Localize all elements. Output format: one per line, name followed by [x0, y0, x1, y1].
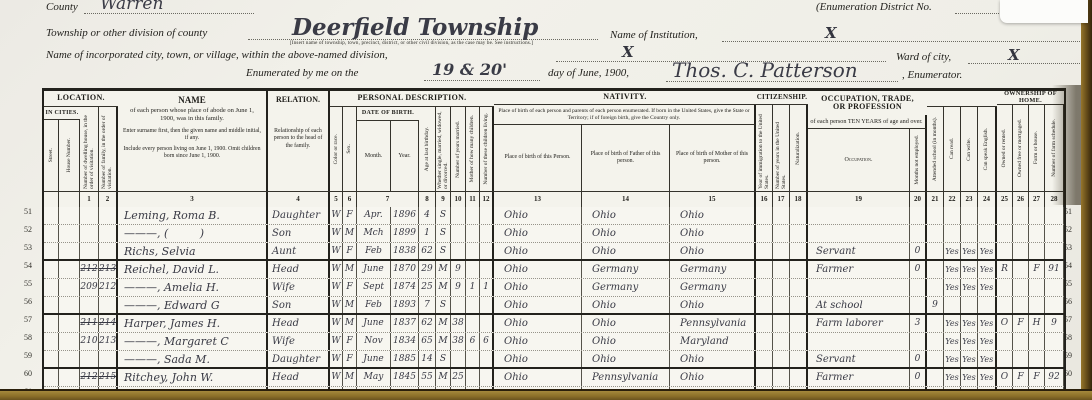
township-note: [Insert name of township, town, precinct…	[290, 41, 533, 46]
nativity-group: NATIVITY. Place of birth of each person …	[494, 91, 756, 191]
cell-months-not-employed: 3	[910, 315, 927, 332]
row-line-number: 51	[6, 203, 32, 221]
cell-age: 62	[419, 243, 436, 259]
cell-owned-or-rented: O	[997, 315, 1013, 332]
enumerator-suffix: , Enumerator.	[902, 69, 962, 81]
cell-birthplace-father: Ohio	[582, 243, 670, 259]
cell-free-or-mortgaged	[1013, 261, 1029, 278]
cell-years-married: 38	[451, 333, 466, 350]
cell-family-number	[99, 225, 118, 242]
cell-can-write: Yes	[961, 279, 978, 296]
cell-can-read: Yes	[944, 261, 961, 278]
cell-immigration-year	[756, 279, 773, 296]
cell-marital-status: S	[436, 351, 451, 367]
nativity-title: NATIVITY.	[494, 91, 756, 105]
cell-attended-school	[927, 369, 944, 386]
census-table: LOCATION. IN CITIES. Street. House Numbe…	[42, 88, 1066, 395]
cell-color: W	[330, 333, 343, 350]
col-header-birthplace-father: Place of birth of Father of this person.	[582, 149, 669, 167]
district-label: (Enumeration District No.	[816, 1, 932, 13]
dates-line	[424, 79, 540, 81]
cell-name: Reichel, David L.	[118, 261, 268, 278]
page-edge-shadow	[1052, 85, 1082, 205]
cell-farm-schedule: 92	[1045, 369, 1064, 386]
date-of-birth-title: DATE OF BIRTH.	[357, 107, 419, 121]
cell-house-number	[59, 369, 80, 386]
cell-immigration-year	[756, 369, 773, 386]
city-label: Name of incorporated city, town, or vill…	[46, 49, 388, 61]
cell-birth-year: 1845	[391, 369, 419, 386]
cell-age: 29	[419, 261, 436, 278]
cell-months-not-employed	[910, 297, 927, 313]
cell-farm-or-house	[1029, 243, 1045, 259]
cell-years-married	[451, 297, 466, 313]
column-number: 12	[480, 192, 494, 207]
cell-birthplace-person: Ohio	[494, 297, 582, 313]
cell-can-speak-english: Yes	[978, 351, 997, 367]
cell-family-number: 215	[99, 369, 118, 386]
col-header-family-number: Number of family, in the order of visita…	[101, 107, 113, 191]
cell-birthplace-mother: Ohio	[670, 207, 756, 224]
col-header-color: Color or race.	[333, 132, 339, 166]
name-desc-3: Include every person living on June 1, 1…	[118, 144, 266, 162]
cell-years-in-us	[773, 297, 790, 313]
cell-street	[44, 351, 59, 367]
table-row: ———, Edward G Son W M Feb 1893 7 S Ohio …	[44, 297, 1064, 315]
cell-children-living	[480, 261, 494, 278]
col-header-year: Year.	[391, 121, 419, 191]
cell-dwelling-number	[80, 297, 99, 313]
cell-attended-school	[927, 351, 944, 367]
cell-naturalization	[790, 225, 808, 242]
cell-birthplace-person: Ohio	[494, 225, 582, 242]
cell-dwelling-number: 210	[80, 333, 99, 350]
cell-name: ———, ( )	[118, 225, 268, 242]
col-header-street: Street.	[48, 146, 54, 164]
cell-marital-status: S	[436, 225, 451, 242]
cell-sex: F	[343, 279, 357, 296]
cell-occupation	[808, 225, 910, 242]
table-body: Leming, Roma B. Daughter W F Apr. 1896 4…	[44, 207, 1064, 395]
cell-street	[44, 261, 59, 278]
cell-street	[44, 207, 59, 224]
cell-dwelling-number: 209	[80, 279, 99, 296]
cell-can-read: Yes	[944, 369, 961, 386]
cell-occupation	[808, 207, 910, 224]
county-value: Warren	[100, 0, 163, 14]
cell-birthplace-person: Ohio	[494, 243, 582, 259]
cell-years-in-us	[773, 225, 790, 242]
relation-desc: Relationship of each person to the head …	[268, 126, 328, 152]
cell-years-in-us	[773, 243, 790, 259]
cell-immigration-year	[756, 351, 773, 367]
col-header-farm-or-house: Farm or house.	[1033, 129, 1039, 166]
cell-dwelling-number	[80, 243, 99, 259]
ward-label: Ward of city,	[896, 51, 951, 63]
row-line-number: 58	[6, 329, 32, 347]
row-line-number: 59	[1064, 347, 1082, 365]
col-header-sex: Sex.	[346, 142, 352, 156]
cell-color: W	[330, 297, 343, 313]
column-number: 3	[118, 192, 268, 207]
cell-dwelling-number	[80, 225, 99, 242]
row-line-number: 60	[6, 365, 32, 383]
cell-immigration-year	[756, 333, 773, 350]
cell-years-married	[451, 225, 466, 242]
cell-farm-or-house	[1029, 351, 1045, 367]
cell-owned-or-rented	[997, 297, 1013, 313]
cell-sex: F	[343, 351, 357, 367]
cell-name: Leming, Roma B.	[118, 207, 268, 224]
cell-dwelling-number: 211	[80, 315, 99, 332]
table-row: ———, Sada M. Daughter W F June 1885 14 S…	[44, 351, 1064, 369]
cell-family-number: 213	[99, 261, 118, 278]
column-number: 13	[494, 192, 582, 207]
cell-birthplace-father: Ohio	[582, 225, 670, 242]
cell-family-number	[99, 351, 118, 367]
cell-sex: F	[343, 333, 357, 350]
cell-naturalization	[790, 243, 808, 259]
township-value: Deerfield Township	[292, 14, 538, 41]
col-header-house-number: House Number.	[66, 136, 72, 175]
col-header-dwelling-number: Number of dwelling house, in the order o…	[83, 107, 95, 191]
cell-street	[44, 315, 59, 332]
cell-naturalization	[790, 279, 808, 296]
column-number: 7	[357, 192, 419, 207]
column-number: 1	[80, 192, 99, 207]
row-line-number: 55	[6, 275, 32, 293]
cell-birthplace-father: Ohio	[582, 333, 670, 350]
cell-marital-status: M	[436, 261, 451, 278]
column-number: 11	[466, 192, 480, 207]
cell-can-read	[944, 225, 961, 242]
cell-occupation	[808, 333, 910, 350]
cell-attended-school	[927, 261, 944, 278]
cell-can-speak-english	[978, 207, 997, 224]
column-number: 9	[436, 192, 451, 207]
cell-farm-or-house: F	[1029, 261, 1045, 278]
cell-years-in-us	[773, 261, 790, 278]
cell-color: W	[330, 315, 343, 332]
cell-birthplace-person: Ohio	[494, 261, 582, 278]
cell-relation: Aunt	[268, 243, 330, 259]
cell-dwelling-number: 212	[80, 261, 99, 278]
cell-months-not-employed: 0	[910, 243, 927, 259]
cell-mother-of-children	[466, 369, 480, 386]
cell-children-living	[480, 243, 494, 259]
cell-name: ———, Sada M.	[118, 351, 268, 367]
cell-farm-schedule	[1045, 333, 1064, 350]
cell-sex: M	[343, 369, 357, 386]
occupation-group: OCCUPATION, TRADE, OR PROFESSION of each…	[808, 91, 927, 191]
cell-owned-or-rented	[997, 225, 1013, 242]
cell-street	[44, 279, 59, 296]
cell-age: 7	[419, 297, 436, 313]
cell-birth-month: Apr.	[357, 207, 391, 224]
education-title	[927, 91, 997, 107]
column-number: 15	[670, 192, 756, 207]
enumerator-name: Thos. C. Patterson	[672, 58, 858, 82]
cell-sex: F	[343, 243, 357, 259]
col-header-free-or-mortgaged: Owned free or mortgaged.	[1017, 117, 1023, 179]
cell-farm-schedule	[1045, 297, 1064, 313]
cell-color: W	[330, 279, 343, 296]
column-number: 20	[910, 192, 927, 207]
cell-name: Richs, Selvia	[118, 243, 268, 259]
col-header-attended-school: Attended school (in months).	[932, 115, 938, 183]
col-header-owned-or-rented: Owned or rented.	[1001, 127, 1007, 169]
cell-sex: M	[343, 261, 357, 278]
row-line-number: 54	[6, 257, 32, 275]
cell-birth-year: 1834	[391, 333, 419, 350]
cell-naturalization	[790, 297, 808, 313]
row-line-number: 59	[6, 347, 32, 365]
cell-naturalization	[790, 333, 808, 350]
cell-house-number	[59, 351, 80, 367]
cell-birthplace-mother: Ohio	[670, 225, 756, 242]
cell-farm-schedule	[1045, 225, 1064, 242]
cell-can-write: Yes	[961, 243, 978, 259]
row-line-number: 52	[1064, 221, 1082, 239]
cell-birth-year: 1838	[391, 243, 419, 259]
cell-marital-status: S	[436, 243, 451, 259]
cell-dwelling-number	[80, 207, 99, 224]
cell-free-or-mortgaged	[1013, 297, 1029, 313]
cell-marital-status: M	[436, 333, 451, 350]
name-desc-1: of each person whose place of abode on J…	[118, 105, 266, 125]
row-line-number: 60	[1064, 365, 1082, 383]
cell-age: 4	[419, 207, 436, 224]
cell-relation: Son	[268, 225, 330, 242]
cell-occupation: Farmer	[808, 261, 910, 278]
institution-line	[722, 40, 1082, 42]
cell-birth-year: 1874	[391, 279, 419, 296]
ward-line	[968, 62, 1084, 64]
cell-sex: M	[343, 315, 357, 332]
enumerated-prefix: Enumerated by me on the	[246, 67, 358, 79]
col-header-marital: Whether single, married, widowed, or div…	[437, 107, 449, 191]
cell-street	[44, 243, 59, 259]
row-line-number: 57	[6, 311, 32, 329]
cell-years-married: 9	[451, 261, 466, 278]
col-header-naturalization: Naturalization.	[795, 130, 801, 167]
cell-birthplace-person: Ohio	[494, 279, 582, 296]
cell-can-speak-english: Yes	[978, 243, 997, 259]
cell-occupation: At school	[808, 297, 910, 313]
cell-months-not-employed	[910, 279, 927, 296]
cell-birthplace-father: Ohio	[582, 297, 670, 313]
cell-marital-status: M	[436, 369, 451, 386]
cell-can-speak-english: Yes	[978, 369, 997, 386]
cell-attended-school	[927, 315, 944, 332]
cell-farm-schedule	[1045, 279, 1064, 296]
cell-owned-or-rented	[997, 243, 1013, 259]
cell-sex: F	[343, 207, 357, 224]
cell-birthplace-father: Germany	[582, 261, 670, 278]
cell-sex: M	[343, 297, 357, 313]
institution-label: Name of Institution,	[610, 29, 698, 41]
column-number: 25	[997, 192, 1013, 207]
enumerated-middle: day of June, 1900,	[548, 67, 629, 79]
cell-naturalization	[790, 261, 808, 278]
cell-relation: Head	[268, 315, 330, 332]
cell-street	[44, 297, 59, 313]
table-row: 210 213 ———, Margaret C Wife W F Nov 183…	[44, 333, 1064, 351]
cell-months-not-employed	[910, 207, 927, 224]
cell-birthplace-father: Ohio	[582, 207, 670, 224]
table-row: 212 215 Ritchey, John W. Head W M May 18…	[44, 369, 1064, 387]
cell-can-read: Yes	[944, 243, 961, 259]
col-header-months-not-employed: Months not employed.	[914, 133, 920, 187]
cell-birth-year: 1899	[391, 225, 419, 242]
cell-can-read: Yes	[944, 315, 961, 332]
cell-birthplace-mother: Ohio	[670, 243, 756, 259]
col-header-month: Month.	[357, 121, 391, 191]
cell-name: Ritchey, John W.	[118, 369, 268, 386]
cell-marital-status: S	[436, 297, 451, 313]
cell-birthplace-mother: Pennsylvania	[670, 315, 756, 332]
row-line-number: 53	[6, 239, 32, 257]
cell-birth-month: June	[357, 351, 391, 367]
census-sheet: County Warren (Enumeration District No. …	[0, 0, 1092, 400]
cell-name: Harper, James H.	[118, 315, 268, 332]
cell-mother-of-children	[466, 351, 480, 367]
cell-can-read: Yes	[944, 279, 961, 296]
cell-street	[44, 369, 59, 386]
cell-children-living	[480, 207, 494, 224]
col-header-can-speak-english: Can speak English.	[983, 126, 989, 172]
column-number: 16	[756, 192, 773, 207]
cell-name: ———, Edward G	[118, 297, 268, 313]
cell-birth-year: 1893	[391, 297, 419, 313]
cell-owned-or-rented	[997, 333, 1013, 350]
cell-years-married: 38	[451, 315, 466, 332]
cell-mother-of-children: 6	[466, 333, 480, 350]
row-line-number: 51	[1064, 203, 1082, 221]
cell-age: 1	[419, 225, 436, 242]
cell-can-read: Yes	[944, 351, 961, 367]
cell-months-not-employed	[910, 225, 927, 242]
cell-years-in-us	[773, 279, 790, 296]
row-line-number: 52	[6, 221, 32, 239]
cell-birthplace-mother: Ohio	[670, 351, 756, 367]
cell-occupation: Servant	[808, 351, 910, 367]
cell-can-write: Yes	[961, 369, 978, 386]
cell-farm-schedule: 91	[1045, 261, 1064, 278]
cell-birth-month: June	[357, 315, 391, 332]
cell-years-in-us	[773, 351, 790, 367]
cell-farm-or-house: H	[1029, 315, 1045, 332]
cell-house-number	[59, 333, 80, 350]
institution-x-mark: X	[825, 24, 837, 42]
column-number: 2	[99, 192, 118, 207]
cell-farm-schedule	[1045, 351, 1064, 367]
cell-birth-year: 1896	[391, 207, 419, 224]
district-line	[955, 12, 1005, 14]
cell-free-or-mortgaged: F	[1013, 315, 1029, 332]
cell-mother-of-children	[466, 207, 480, 224]
cell-children-living: 1	[480, 279, 494, 296]
nativity-desc: Place of birth of each person and parent…	[494, 106, 754, 124]
cell-owned-or-rented: R	[997, 261, 1013, 278]
row-line-number: 53	[1064, 239, 1082, 257]
cell-family-number: 214	[99, 315, 118, 332]
row-line-number: 56	[1064, 293, 1082, 311]
cell-can-write	[961, 207, 978, 224]
cell-children-living	[480, 315, 494, 332]
table-row: 211 214 Harper, James H. Head W M June 1…	[44, 315, 1064, 333]
cell-years-married	[451, 207, 466, 224]
cell-house-number	[59, 243, 80, 259]
cell-color: W	[330, 369, 343, 386]
cell-birthplace-person: Ohio	[494, 369, 582, 386]
enumerated-dates: 19 & 20'	[432, 60, 507, 79]
cell-mother-of-children	[466, 225, 480, 242]
column-number: 19	[808, 192, 910, 207]
column-number-row: 1234567891011121314151617181920212223242…	[44, 191, 1064, 207]
cell-attended-school	[927, 225, 944, 242]
cell-birth-month: June	[357, 261, 391, 278]
cell-free-or-mortgaged	[1013, 333, 1029, 350]
cell-months-not-employed	[910, 333, 927, 350]
right-line-numbers: 51525354555657585960	[1064, 203, 1082, 383]
cell-color: W	[330, 207, 343, 224]
book-edge-bottom	[0, 389, 1092, 400]
cell-months-not-employed: 0	[910, 369, 927, 386]
location-group: LOCATION. IN CITIES. Street. House Numbe…	[44, 91, 118, 191]
cell-marital-status: S	[436, 207, 451, 224]
column-number: 5	[330, 192, 343, 207]
cell-can-write	[961, 297, 978, 313]
cell-can-speak-english: Yes	[978, 315, 997, 332]
cell-birthplace-mother: Maryland	[670, 333, 756, 350]
cell-mother-of-children: 1	[466, 279, 480, 296]
cell-months-not-employed: 0	[910, 261, 927, 278]
cell-can-write	[961, 225, 978, 242]
cell-months-not-employed: 0	[910, 351, 927, 367]
education-group: Attended school (in months). Can read. C…	[927, 91, 997, 191]
cell-attended-school	[927, 207, 944, 224]
cell-attended-school: 9	[927, 297, 944, 313]
cell-owned-or-rented	[997, 351, 1013, 367]
cell-dwelling-number	[80, 351, 99, 367]
cell-free-or-mortgaged	[1013, 243, 1029, 259]
occupation-desc: of each person TEN YEARS of age and over…	[808, 115, 927, 129]
cell-house-number	[59, 279, 80, 296]
cell-attended-school	[927, 279, 944, 296]
cell-birth-year: 1885	[391, 351, 419, 367]
cell-relation: Daughter	[268, 207, 330, 224]
cell-years-in-us	[773, 315, 790, 332]
cell-marital-status: M	[436, 279, 451, 296]
cell-mother-of-children	[466, 315, 480, 332]
row-line-number: 54	[1064, 257, 1082, 275]
county-label: County	[46, 1, 78, 13]
name-title: NAME	[178, 95, 206, 105]
cell-color: W	[330, 261, 343, 278]
col-header-children-living: Number of these children living.	[483, 111, 489, 187]
cell-children-living	[480, 225, 494, 242]
cell-name: ———, Margaret C	[118, 333, 268, 350]
cell-can-read	[944, 297, 961, 313]
cell-age: 14	[419, 351, 436, 367]
cell-can-speak-english: Yes	[978, 279, 997, 296]
cell-years-married	[451, 351, 466, 367]
cell-years-married: 9	[451, 279, 466, 296]
cell-years-married: 25	[451, 369, 466, 386]
cell-can-read: Yes	[944, 333, 961, 350]
table-header: LOCATION. IN CITIES. Street. House Numbe…	[44, 91, 1064, 191]
